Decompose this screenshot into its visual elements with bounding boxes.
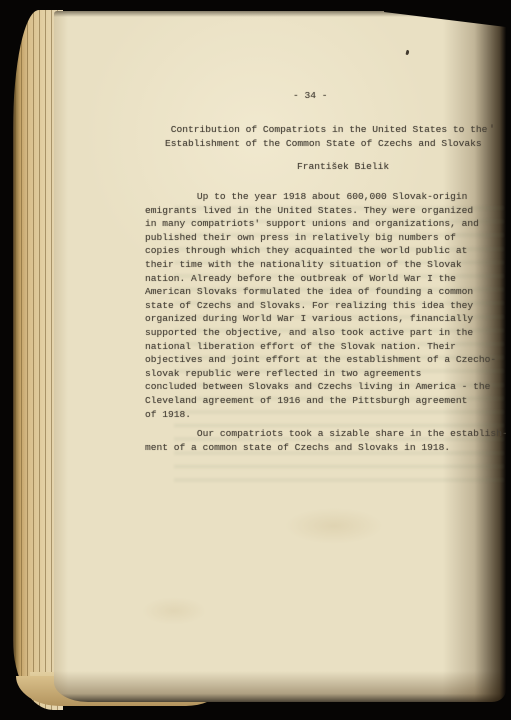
- ink-speck: [491, 124, 493, 128]
- article-title: Contribution of Compatriots in the Unite…: [165, 123, 487, 150]
- ink-speck: [405, 50, 409, 56]
- page-number: - 34 -: [293, 89, 328, 103]
- paragraph-1: Up to the year 1918 about 600,000 Slovak…: [145, 190, 496, 421]
- author-name: František Bielik: [297, 160, 389, 174]
- book-page: - 34 - Contribution of Compatriots in th…: [54, 11, 506, 702]
- paragraph-2: Our compatriots took a sizable share in …: [145, 427, 506, 454]
- photo-background: - 34 - Contribution of Compatriots in th…: [0, 0, 511, 720]
- top-right-shadow: [384, 11, 506, 31]
